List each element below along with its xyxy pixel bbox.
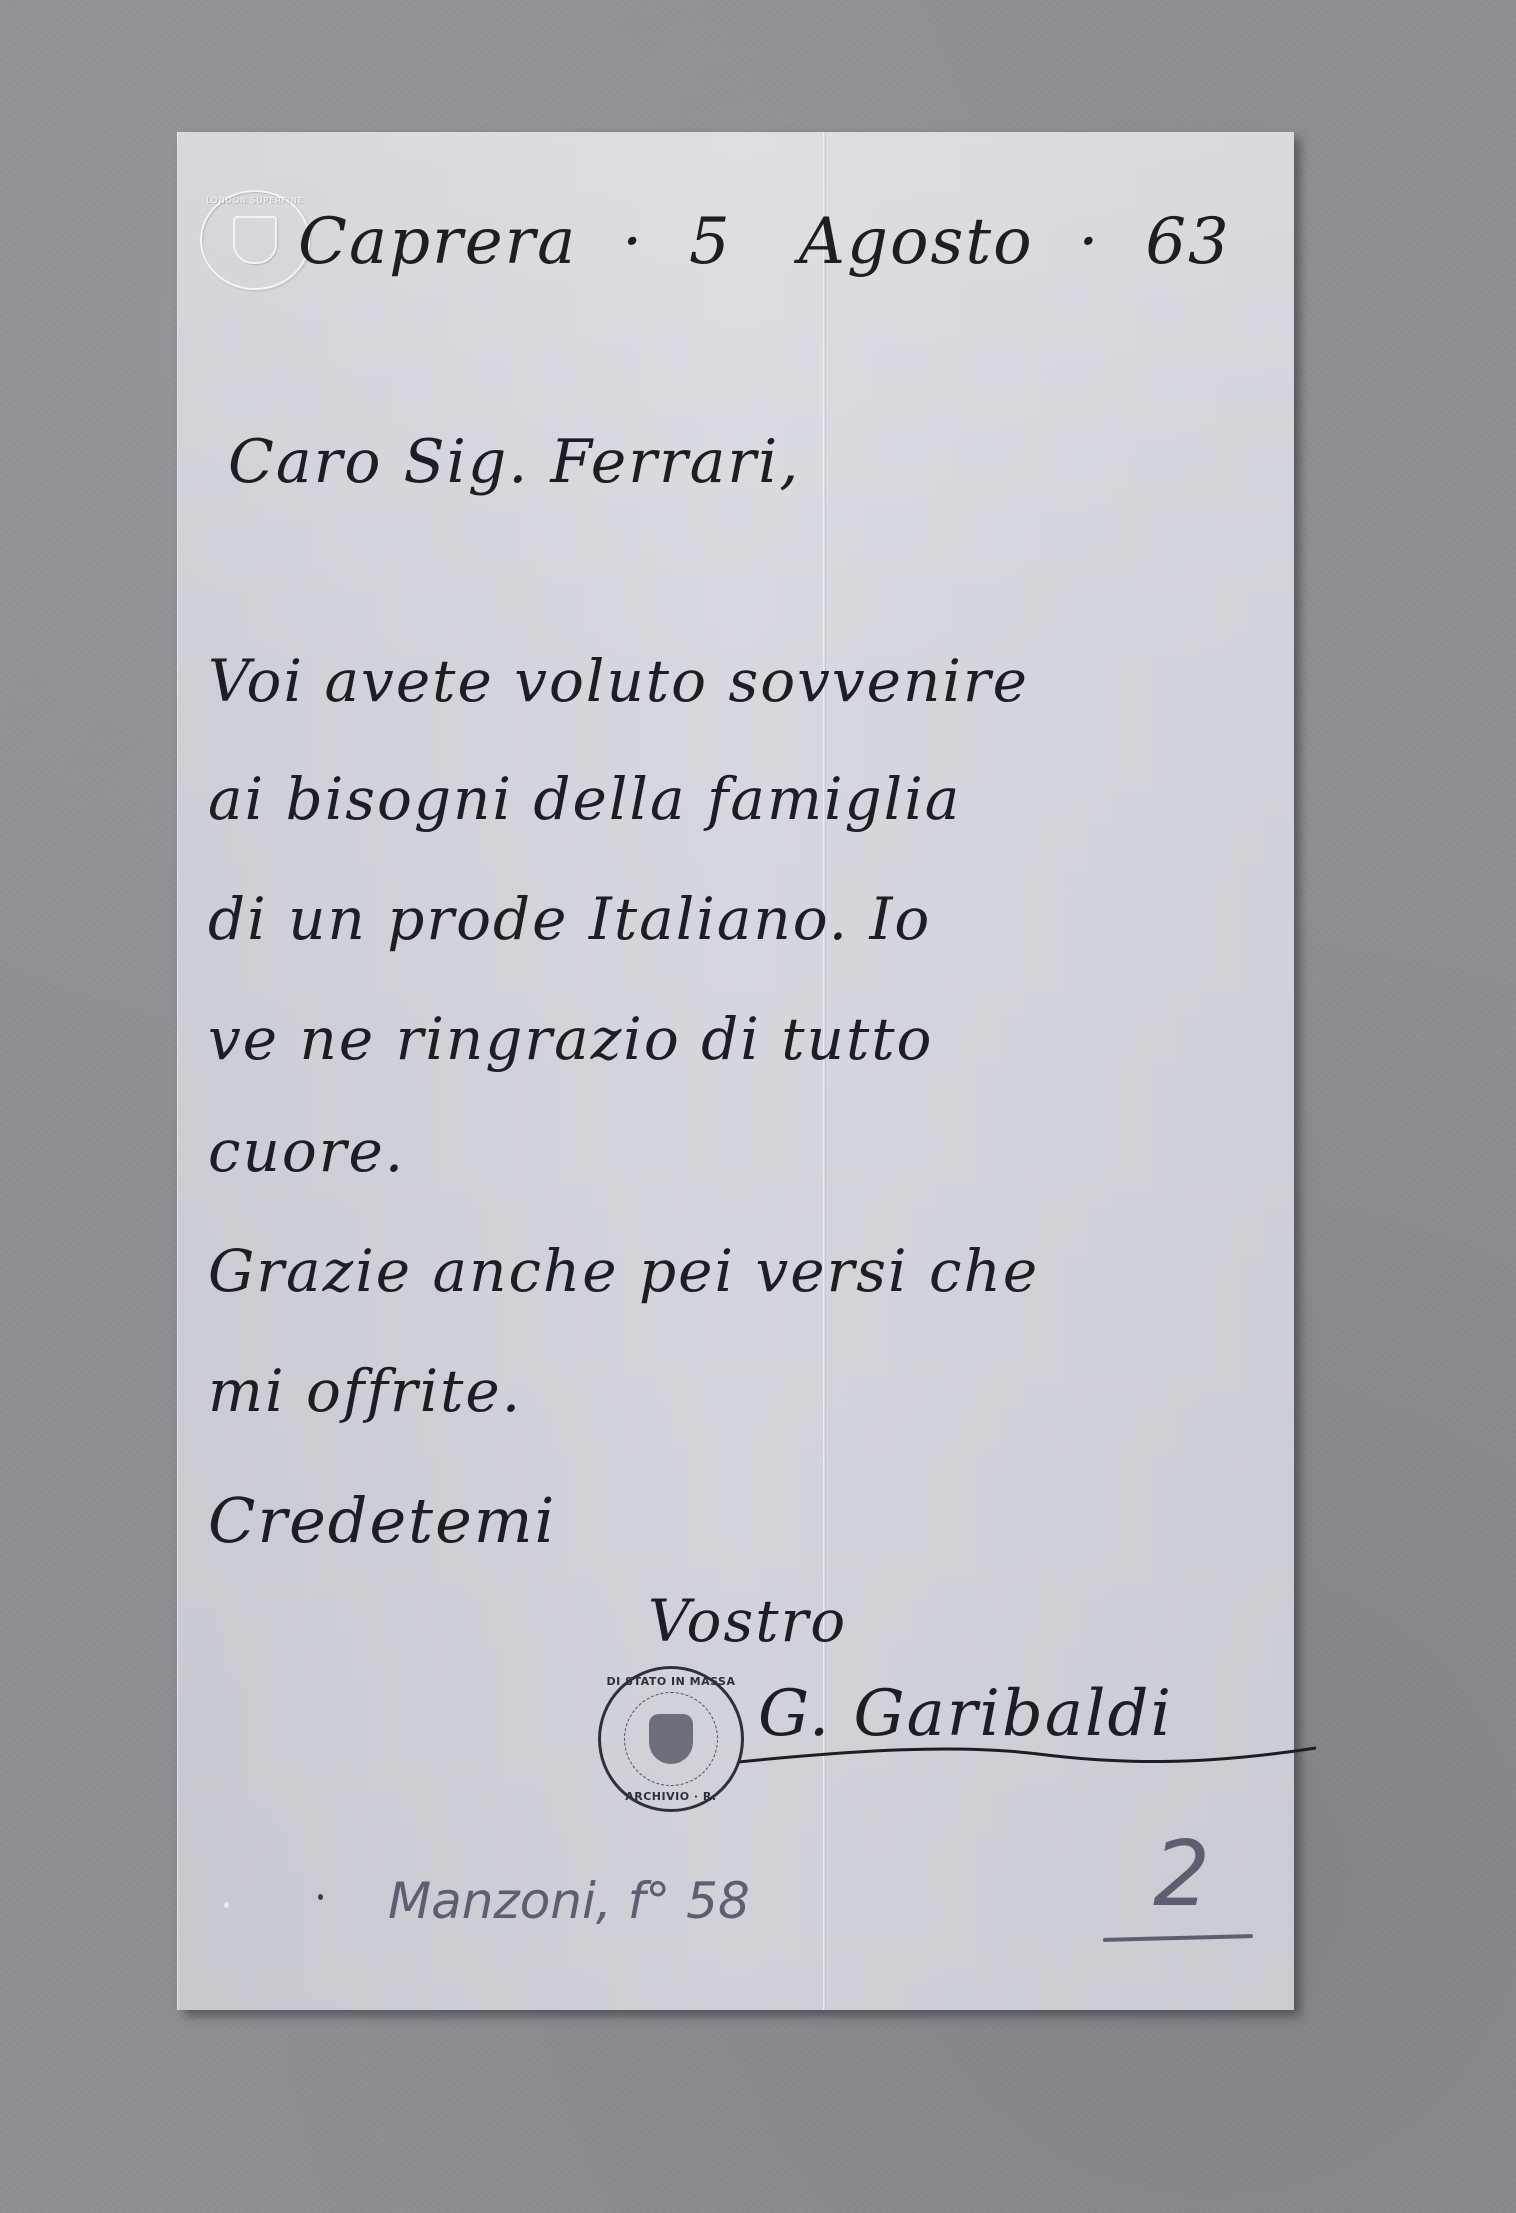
letter-sheet: LONDON SUPERFINE Caprera · 5 Agosto · 63…	[178, 132, 1294, 2010]
shield-emboss-icon	[233, 216, 277, 264]
pencil-underline	[1103, 1934, 1253, 1942]
pin-hole	[318, 1894, 323, 1900]
signature-flourish	[738, 1740, 1318, 1770]
pencil-page-number: 2	[1153, 1822, 1210, 1927]
closing: Credetemi	[208, 1490, 556, 1552]
body-line-5: cuore.	[208, 1122, 405, 1180]
dateline: Caprera · 5 Agosto · 63	[298, 210, 1231, 274]
body-line-7: mi offrite.	[208, 1362, 522, 1420]
dateline-place: Caprera	[298, 205, 577, 279]
signature: G. Garibaldi	[758, 1682, 1173, 1746]
dateline-year: 63	[1145, 205, 1230, 279]
paper-maker-blind-stamp: LONDON SUPERFINE	[200, 190, 310, 290]
body-line-6: Grazie anche pei versi che	[208, 1242, 1039, 1300]
closing-vostro: Vostro	[648, 1592, 847, 1650]
blind-stamp-text: LONDON SUPERFINE	[202, 196, 308, 205]
body-line-2: ai bisogni della famiglia	[208, 770, 961, 828]
pin-hole	[224, 1902, 229, 1908]
archive-stamp-top-text: DI STATO IN MASSA	[601, 1675, 741, 1688]
body-line-1: Voi avete voluto sovvenire	[208, 652, 1029, 710]
archive-ink-stamp: DI STATO IN MASSA ARCHIVIO · R.	[598, 1666, 744, 1812]
dateline-day: 5	[689, 205, 732, 279]
body-line-3: di un prode Italiano. Io	[208, 890, 931, 948]
salutation: Caro Sig. Ferrari,	[228, 432, 800, 492]
dateline-month: Agosto	[799, 205, 1034, 279]
coat-of-arms-icon	[649, 1714, 693, 1764]
pencil-reference-note: Manzoni, f° 58	[388, 1872, 750, 1930]
archive-stamp-bottom-text: ARCHIVIO · R.	[601, 1790, 741, 1803]
body-line-4: ve ne ringrazio di tutto	[208, 1010, 933, 1068]
